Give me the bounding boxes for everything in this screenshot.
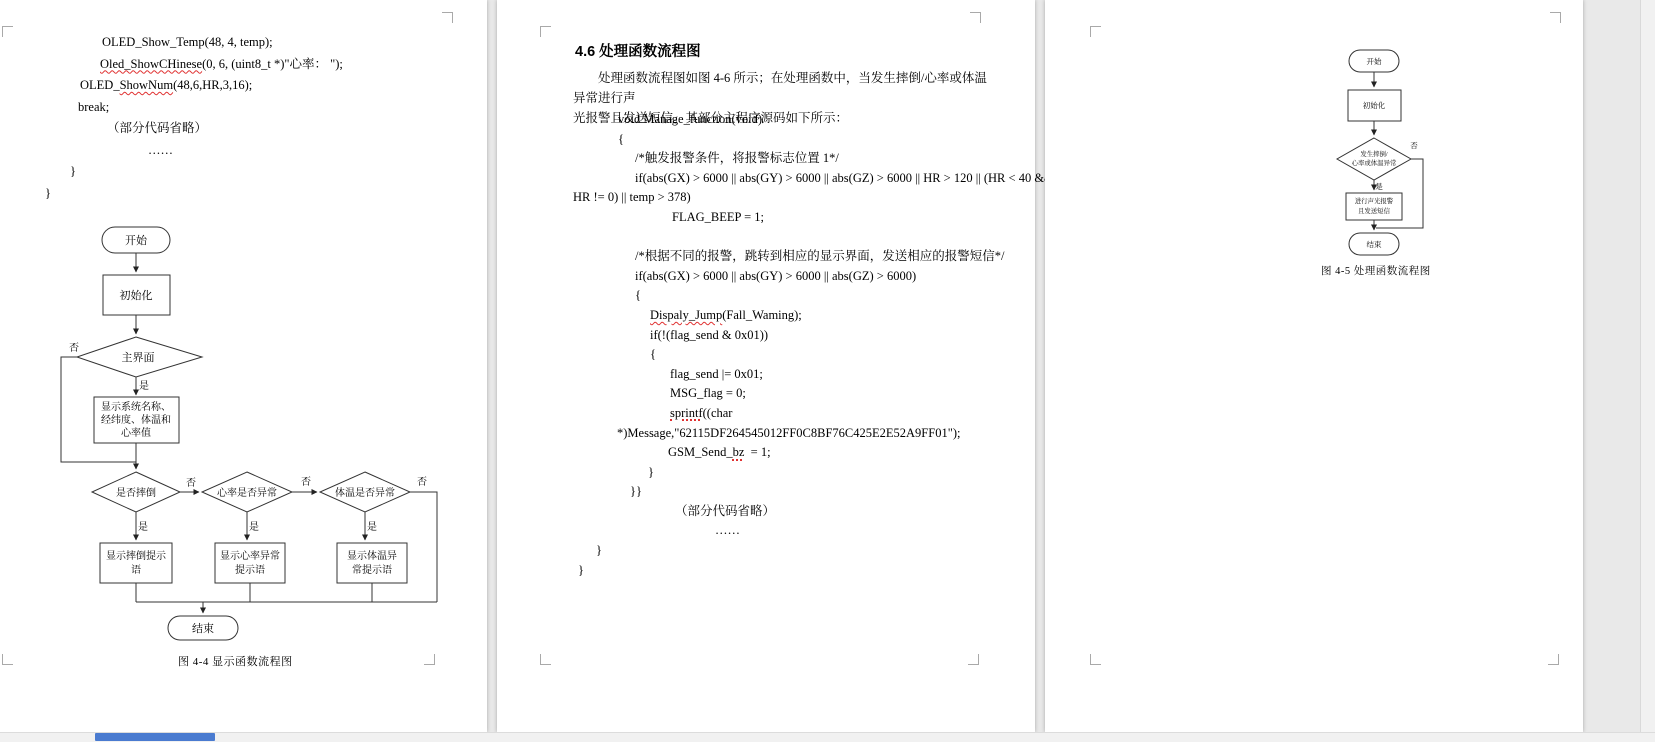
spellcheck-flagged-text: sprintf [670,406,703,420]
node-show-temp-msg: 显示体温异 常提示语 [337,543,407,583]
code-text: /*根据不同的报警，跳转到相应的显示界面，发送相应的报警短信*/ [635,249,1004,263]
code-text: （部分代码省略） [107,121,207,135]
code-line: void Manage_function(void) [573,110,1054,130]
code-text: { [618,132,624,146]
section-heading: 4.6 处理函数流程图 [575,40,701,61]
code-line: }} [573,482,1054,502]
figure-caption-4-5: 图 4-5 处理函数流程图 [1321,263,1431,278]
svg-text:进行声光报警: 进行声光报警 [1355,196,1394,205]
svg-text:体温是否异常: 体温是否异常 [335,486,395,499]
code-text: if(abs(GX) > 6000 || abs(GY) > 6000 || a… [635,171,1054,185]
code-text: } [578,563,584,577]
decision-abnormal: 发生摔倒/ 心率或体温异常 [1337,138,1411,180]
svg-text:语: 语 [131,564,141,576]
code-line: break; [45,97,343,119]
decision-main-screen: 主界面 [77,337,202,377]
code-text: } [45,186,51,200]
code-line: } [573,541,1054,561]
label-no: 否 [69,342,79,354]
svg-text:显示摔倒提示: 显示摔倒提示 [106,549,167,562]
code-text: }} [630,484,642,498]
code-line: } [573,561,1054,581]
code-line: …… [573,521,1054,541]
code-line: OLED_Show_Temp(48, 4, temp); [45,32,343,54]
code-line: *)Message,"62115DF264545012FF0C8BF76C425… [573,424,1054,444]
code-line: /*根据不同的报警，跳转到相应的显示界面，发送相应的报警短信*/ [573,247,1054,267]
code-line: { [573,345,1054,365]
svg-text:常提示语: 常提示语 [352,563,392,576]
node-show-fall-msg: 显示摔倒提示 语 [100,543,172,583]
text-boundary-mark [968,654,979,665]
code-text: /*触发报警条件，将报警标志位置 1*/ [635,151,839,165]
code-text: (Fall_Waming); [722,308,802,322]
text-boundary-mark [2,654,13,665]
label-no: 否 [186,477,196,489]
svg-text:心率或体温异常: 心率或体温异常 [1352,158,1397,167]
document-viewer: OLED_Show_Temp(48, 4, temp);Oled_ShowCHi… [0,0,1655,742]
flowchart-display-function: 开始 初始化 主界面 否 是 显示系统名称、 经纬度、体温和 心率值 是否摔倒 [45,210,445,655]
code-line: …… [45,140,343,162]
code-text: （部分代码省略） [675,504,775,518]
loop-no-temp [410,492,437,602]
paragraph-line: 处理函数流程图如图 4-6 所示；在处理函数中，当发生摔倒/心率或体温异常进行声 [573,71,987,105]
svg-text:且发送短信: 且发送短信 [1358,206,1391,215]
code-text: OLED_ [80,78,120,92]
code-text: (0, 6, (uint8_t *)"心率： "); [202,57,343,71]
horizontal-scrollbar[interactable] [0,732,1655,742]
code-text: } [70,164,76,178]
page-1: OLED_Show_Temp(48, 4, temp);Oled_ShowCHi… [0,0,487,732]
code-line: if(!(flag_send & 0x01)) [573,326,1054,346]
svg-text:心率值: 心率值 [121,426,151,439]
code-line: } [45,183,343,205]
code-text: void Manage_function(void) [618,112,762,126]
code-line: if(abs(GX) > 6000 || abs(GY) > 6000 || a… [573,267,1054,287]
decision-fall: 是否摔倒 [92,472,180,512]
text-boundary-mark [424,654,435,665]
code-text: break; [78,100,109,114]
page-2: 4.6 处理函数流程图 处理函数流程图如图 4-6 所示；在处理函数中，当发生摔… [497,0,1035,732]
code-text: …… [148,143,173,157]
label-no: 否 [301,476,311,488]
code-line [573,228,1054,248]
node-start: 开始 [1349,50,1399,72]
code-text: *)Message,"62115DF264545012FF0C8BF76C425… [617,426,960,440]
node-init: 初始化 [1348,90,1401,121]
spellcheck-flagged-text: ShowNum [120,78,173,92]
decision-heart-rate: 心率是否异常 [202,472,292,512]
code-line: if(abs(GX) > 6000 || abs(GY) > 6000 || a… [573,169,1054,189]
svg-text:结束: 结束 [192,621,214,635]
code-text: flag_send |= 0x01; [670,367,763,381]
text-boundary-mark [1090,26,1101,37]
code-block-manage-function: void Manage_function(void){/*触发报警条件，将报警标… [573,110,1054,580]
label-yes: 是 [139,380,149,392]
code-text: ((char [703,406,733,420]
node-show-hr-msg: 显示心率异常 提示语 [215,543,285,583]
svg-text:显示系统名称、: 显示系统名称、 [101,400,171,413]
text-boundary-mark [970,12,981,23]
code-line: HR != 0) || temp > 378) [573,188,1054,208]
flowchart-manage-function: 开始 初始化 发生摔倒/ 心率或体温异常 否 是 进行声光报警 且发送短信 结束 [1320,42,1440,264]
code-text: } [596,543,602,557]
code-line: sprintf((char [573,404,1054,424]
code-line: } [573,463,1054,483]
code-line: { [573,130,1054,150]
text-boundary-mark [1550,12,1561,23]
node-end: 结束 [1349,233,1399,255]
code-line: Dispaly_Jump(Fall_Waming); [573,306,1054,326]
spellcheck-flagged-text: bz [733,445,745,459]
text-boundary-mark [1548,654,1559,665]
node-alarm-sms: 进行声光报警 且发送短信 [1346,193,1402,220]
code-line: GSM_Send_bz = 1; [573,443,1054,463]
code-line: flag_send |= 0x01; [573,365,1054,385]
svg-text:提示语: 提示语 [235,563,265,576]
label-yes: 是 [367,521,377,533]
figure-caption-4-4: 图 4-4 显示函数流程图 [178,653,293,669]
svg-text:开始: 开始 [125,233,148,247]
svg-text:显示心率异常: 显示心率异常 [220,549,280,562]
code-text: MSG_flag = 0; [670,386,746,400]
svg-text:结束: 结束 [1367,239,1383,249]
label-yes: 是 [1375,182,1383,191]
node-display-info: 显示系统名称、 经纬度、体温和 心率值 [94,397,179,443]
code-line: （部分代码省略） [573,502,1054,522]
text-boundary-mark [2,26,13,37]
svg-text:初始化: 初始化 [1363,100,1386,110]
vertical-scrollbar[interactable] [1640,0,1655,732]
code-text: = 1; [744,445,770,459]
label-no: 否 [1410,141,1418,150]
svg-text:主界面: 主界面 [122,351,155,364]
svg-text:初始化: 初始化 [120,288,153,302]
node-end: 结束 [168,616,238,640]
decision-temperature: 体温是否异常 [320,472,410,512]
svg-text:是否摔倒: 是否摔倒 [116,486,156,499]
code-block-display-function: OLED_Show_Temp(48, 4, temp);Oled_ShowCHi… [45,32,343,204]
code-line: /*触发报警条件，将报警标志位置 1*/ [573,149,1054,169]
code-line: { [573,286,1054,306]
svg-text:经纬度、体温和: 经纬度、体温和 [101,413,171,426]
code-text: { [635,288,641,302]
text-boundary-mark [442,12,453,23]
label-yes: 是 [138,521,148,533]
code-text: FLAG_BEEP = 1; [672,210,764,224]
code-line: （部分代码省略） [45,118,343,140]
node-init: 初始化 [103,275,170,315]
svg-text:显示体温异: 显示体温异 [347,549,397,562]
svg-text:开始: 开始 [1367,56,1383,66]
node-start: 开始 [102,227,170,253]
code-text: GSM_Send_ [668,445,733,459]
spellcheck-flagged-text: Dispaly_Jump [650,308,722,322]
code-line: MSG_flag = 0; [573,384,1054,404]
page-3: 开始 初始化 发生摔倒/ 心率或体温异常 否 是 进行声光报警 且发送短信 结束 [1045,0,1583,732]
code-text: HR != 0) || temp > 378) [573,190,691,204]
svg-text:心率是否异常: 心率是否异常 [217,486,277,499]
text-boundary-mark [540,654,551,665]
code-line: FLAG_BEEP = 1; [573,208,1054,228]
code-text: OLED_Show_Temp(48, 4, temp); [102,35,273,49]
code-text: { [650,347,656,361]
svg-text:发生摔倒/: 发生摔倒/ [1360,149,1388,158]
code-line: } [45,161,343,183]
code-text: (48,6,HR,3,16); [173,78,252,92]
label-yes: 是 [249,521,259,533]
code-line: OLED_ShowNum(48,6,HR,3,16); [45,75,343,97]
code-text: if(abs(GX) > 6000 || abs(GY) > 6000 || a… [635,269,916,283]
horizontal-scrollbar-thumb[interactable] [95,733,215,741]
text-boundary-mark [1090,654,1101,665]
code-text: …… [715,523,740,537]
text-boundary-mark [540,26,551,37]
label-no: 否 [417,476,427,488]
spellcheck-flagged-text: Oled_ShowCHinese [100,57,202,71]
code-text: if(!(flag_send & 0x01)) [650,328,768,342]
code-text: } [648,465,654,479]
code-line: Oled_ShowCHinese(0, 6, (uint8_t *)"心率： "… [45,54,343,76]
